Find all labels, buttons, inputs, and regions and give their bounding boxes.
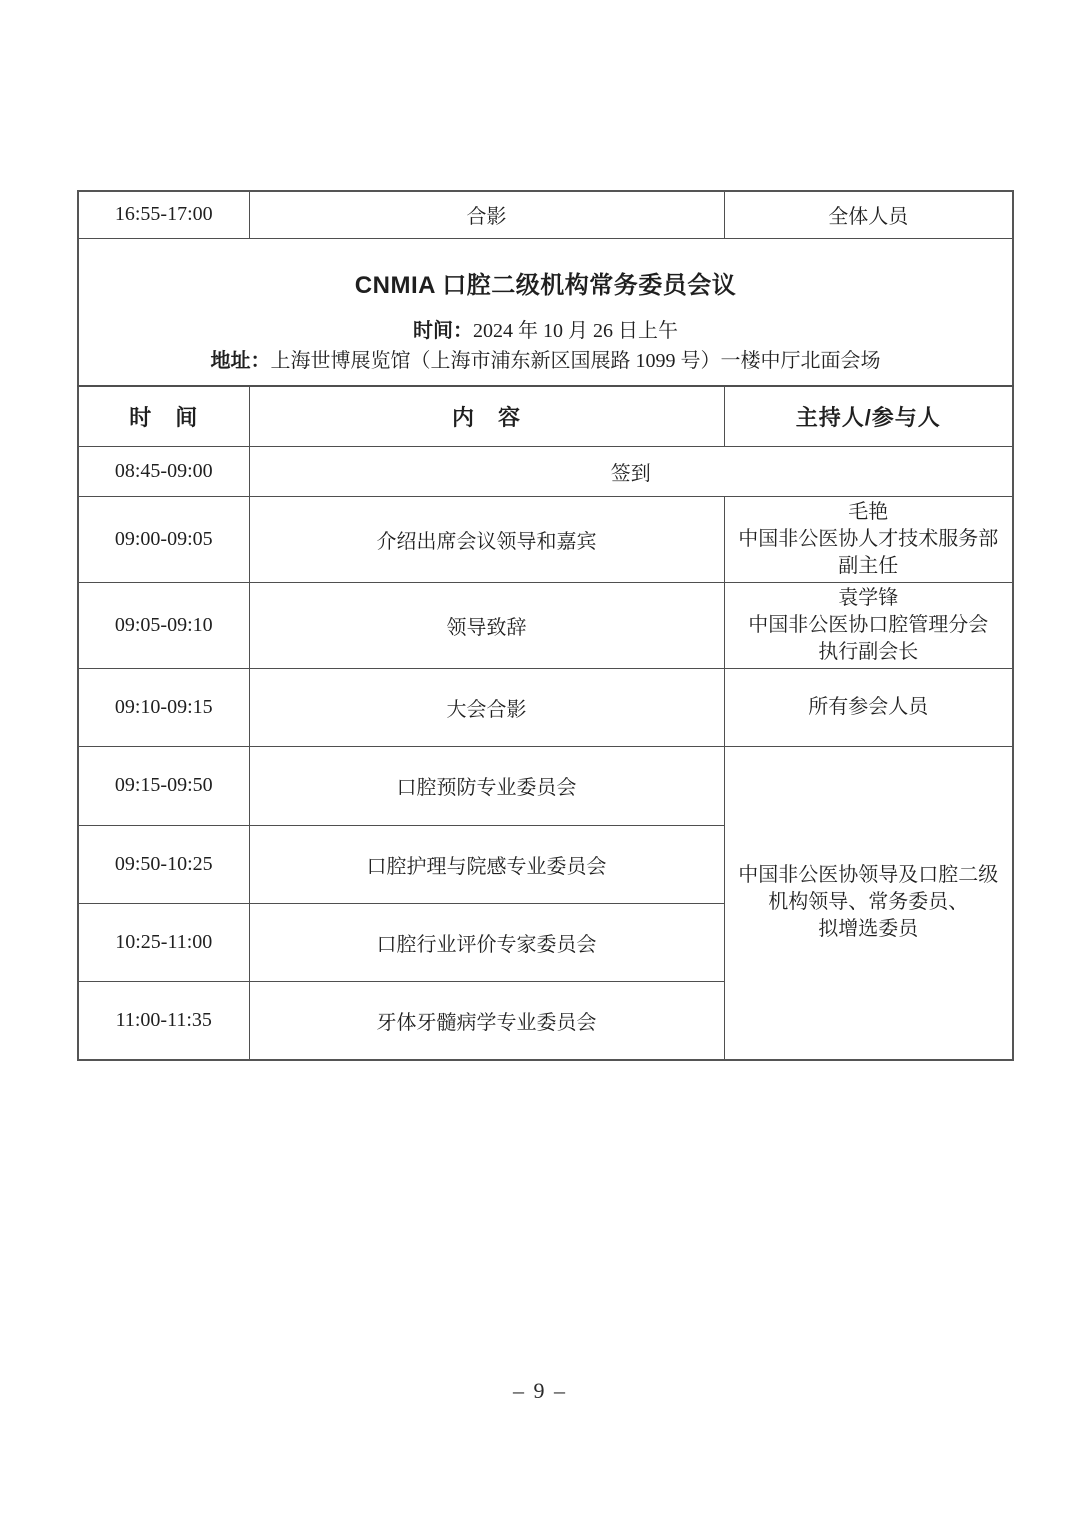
time-cell: 09:10-09:15 <box>78 668 249 746</box>
table-header-row: 时 间 内 容 主持人/参与人 <box>78 386 1013 446</box>
time-cell: 10:25-11:00 <box>78 903 249 981</box>
time-cell: 09:15-09:50 <box>78 746 249 825</box>
table-row: 09:00-09:05 介绍出席会议领导和嘉宾 毛艳 中国非公医协人才技术服务部… <box>78 496 1013 582</box>
meeting-time: 时间：2024 年 10 月 26 日上午 <box>85 316 1006 346</box>
meeting-title: CNMIA 口腔二级机构常务委员会议 <box>85 265 1006 300</box>
table-row: 09:15-09:50 口腔预防专业委员会 中国非公医协领导及口腔二级 机构领导… <box>78 746 1013 825</box>
host-cell-merged: 中国非公医协领导及口腔二级 机构领导、常务委员、 拟增选委员 <box>724 746 1013 1060</box>
document-page: 16:55-17:00 合影 全体人员 CNMIA 口腔二级机构常务委员会议 时… <box>0 0 1080 1527</box>
table-row-prev: 16:55-17:00 合影 全体人员 <box>78 191 1013 238</box>
time-cell: 09:00-09:05 <box>78 496 249 582</box>
page-number: – 9 – <box>0 1378 1080 1404</box>
meeting-address-label: 地址： <box>211 350 271 372</box>
content-cell: 合影 <box>249 191 724 238</box>
meeting-address-value: 上海世博展览馆（上海市浦东新区国展路 1099 号）一楼中厅北面会场 <box>271 350 881 372</box>
header-host: 主持人/参与人 <box>724 386 1013 446</box>
host-cell: 毛艳 中国非公医协人才技术服务部 副主任 <box>724 496 1013 582</box>
schedule-table: 16:55-17:00 合影 全体人员 CNMIA 口腔二级机构常务委员会议 时… <box>77 190 1014 1061</box>
content-cell: 大会合影 <box>249 668 724 746</box>
content-cell: 口腔护理与院感专业委员会 <box>249 825 724 903</box>
content-cell: 口腔预防专业委员会 <box>249 746 724 825</box>
time-cell: 09:50-10:25 <box>78 825 249 903</box>
table-row: 09:10-09:15 大会合影 所有参会人员 <box>78 668 1013 746</box>
time-cell: 08:45-09:00 <box>78 446 249 496</box>
host-cell: 袁学锋 中国非公医协口腔管理分会 执行副会长 <box>724 582 1013 668</box>
content-cell: 签到 <box>249 446 1013 496</box>
content-cell: 介绍出席会议领导和嘉宾 <box>249 496 724 582</box>
content-cell: 领导致辞 <box>249 582 724 668</box>
content-cell: 口腔行业评价专家委员会 <box>249 903 724 981</box>
meeting-address: 地址：上海世博展览馆（上海市浦东新区国展路 1099 号）一楼中厅北面会场 <box>85 346 1006 376</box>
header-content: 内 容 <box>249 386 724 446</box>
host-cell: 全体人员 <box>724 191 1013 238</box>
table-row: 09:05-09:10 领导致辞 袁学锋 中国非公医协口腔管理分会 执行副会长 <box>78 582 1013 668</box>
host-cell: 所有参会人员 <box>724 668 1013 746</box>
meeting-title-block: CNMIA 口腔二级机构常务委员会议 时间：2024 年 10 月 26 日上午… <box>78 238 1013 386</box>
content-cell: 牙体牙髓病学专业委员会 <box>249 981 724 1060</box>
time-cell: 11:00-11:35 <box>78 981 249 1060</box>
time-cell: 09:05-09:10 <box>78 582 249 668</box>
time-cell: 16:55-17:00 <box>78 191 249 238</box>
meeting-time-label: 时间： <box>413 320 473 342</box>
meeting-time-value: 2024 年 10 月 26 日上午 <box>473 320 678 342</box>
header-time: 时 间 <box>78 386 249 446</box>
table-row: 08:45-09:00 签到 <box>78 446 1013 496</box>
table-row-title-block: CNMIA 口腔二级机构常务委员会议 时间：2024 年 10 月 26 日上午… <box>78 238 1013 386</box>
